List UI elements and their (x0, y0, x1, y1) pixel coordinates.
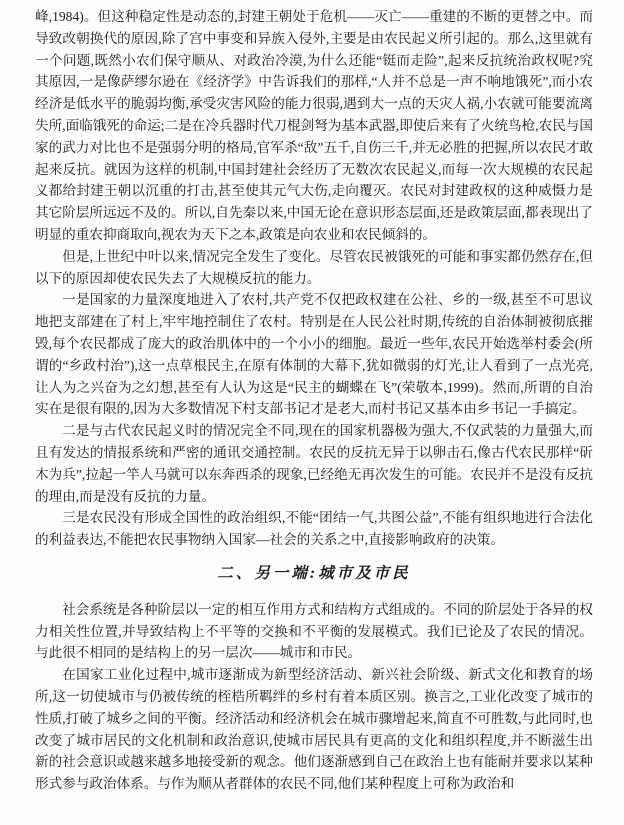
book-page: 峰,1984)。但这种稳定性是动态的,封建王朝处于危机——灭亡——重建的不断的更… (0, 0, 624, 825)
paragraph: 二是与古代农民起义时的情况完全不同,现在的国家机器极为强大,不仅武装的力量强大,… (35, 420, 593, 507)
paragraph-continuation: 峰,1984)。但这种稳定性是动态的,封建王朝处于危机——灭亡——重建的不断的更… (35, 6, 593, 246)
paragraph: 社会系统是各种阶层以一定的相互作用方式和结构方式组成的。不同的阶层处于各异的权力… (35, 599, 593, 664)
section-heading: 二、另一端:城市及市民 (35, 563, 593, 585)
paragraph: 一是国家的力量深度地进入了农村,共产党不仅把政权建在公社、乡的一级,甚至不可思议… (35, 289, 593, 420)
paragraph: 三是农民没有形成全国性的政治组织,不能“团结一气,共图公益”,不能有组织地进行合… (35, 507, 593, 551)
paragraph: 但是,上世纪中叶以来,情况完全发生了变化。尽管农民被饿死的可能和事实都仍然存在,… (35, 246, 593, 290)
paragraph: 在国家工业化过程中,城市逐渐成为新型经济活动、新兴社会阶级、新式文化和教育的场所… (35, 664, 593, 795)
